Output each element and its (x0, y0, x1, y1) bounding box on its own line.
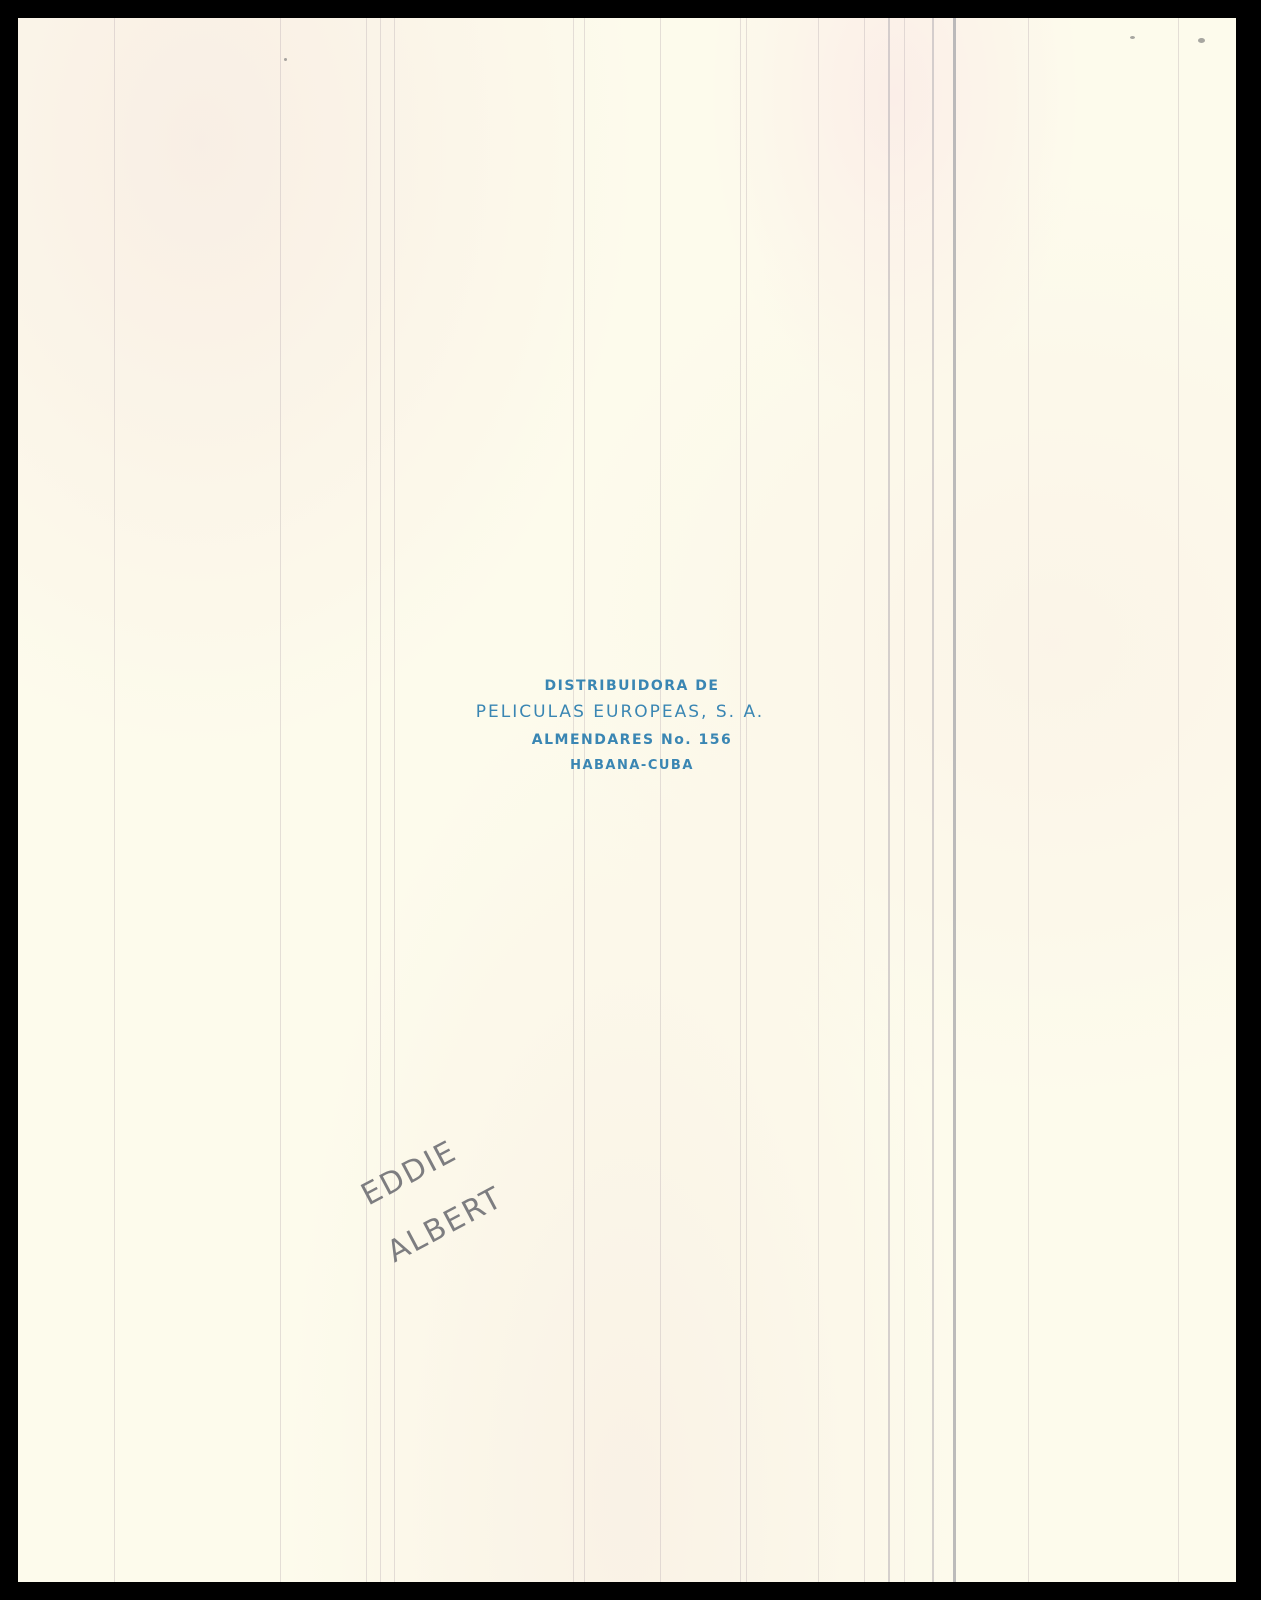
paper-line (280, 18, 281, 1582)
paper-line (584, 18, 585, 1582)
stamp-line-3: ALMENDARES No. 156 (452, 732, 812, 748)
paper-line (932, 18, 934, 1582)
paper-line (114, 18, 115, 1582)
paper-line (573, 18, 574, 1582)
paper-line (864, 18, 865, 1582)
photo-back-paper (18, 18, 1236, 1582)
speck (284, 58, 287, 61)
stamp-line-4: HABANA-CUBA (452, 758, 812, 773)
paper-line (394, 18, 395, 1582)
paper-line (888, 18, 890, 1582)
paper-edge-line (953, 18, 956, 1582)
paper-line (1178, 18, 1179, 1582)
speck (1130, 36, 1135, 39)
paper-line (746, 18, 747, 1582)
stamp-line-1: DISTRIBUIDORA DE (452, 678, 812, 694)
paper-line (818, 18, 819, 1582)
speck (1198, 38, 1205, 43)
paper-line (1028, 18, 1029, 1582)
paper-line (380, 18, 381, 1582)
paper-line (740, 18, 741, 1582)
paper-line (904, 18, 905, 1582)
paper-line (366, 18, 367, 1582)
stamp-line-2: PELICULAS EUROPEAS, S. A. (430, 702, 810, 722)
paper-line (660, 18, 661, 1582)
